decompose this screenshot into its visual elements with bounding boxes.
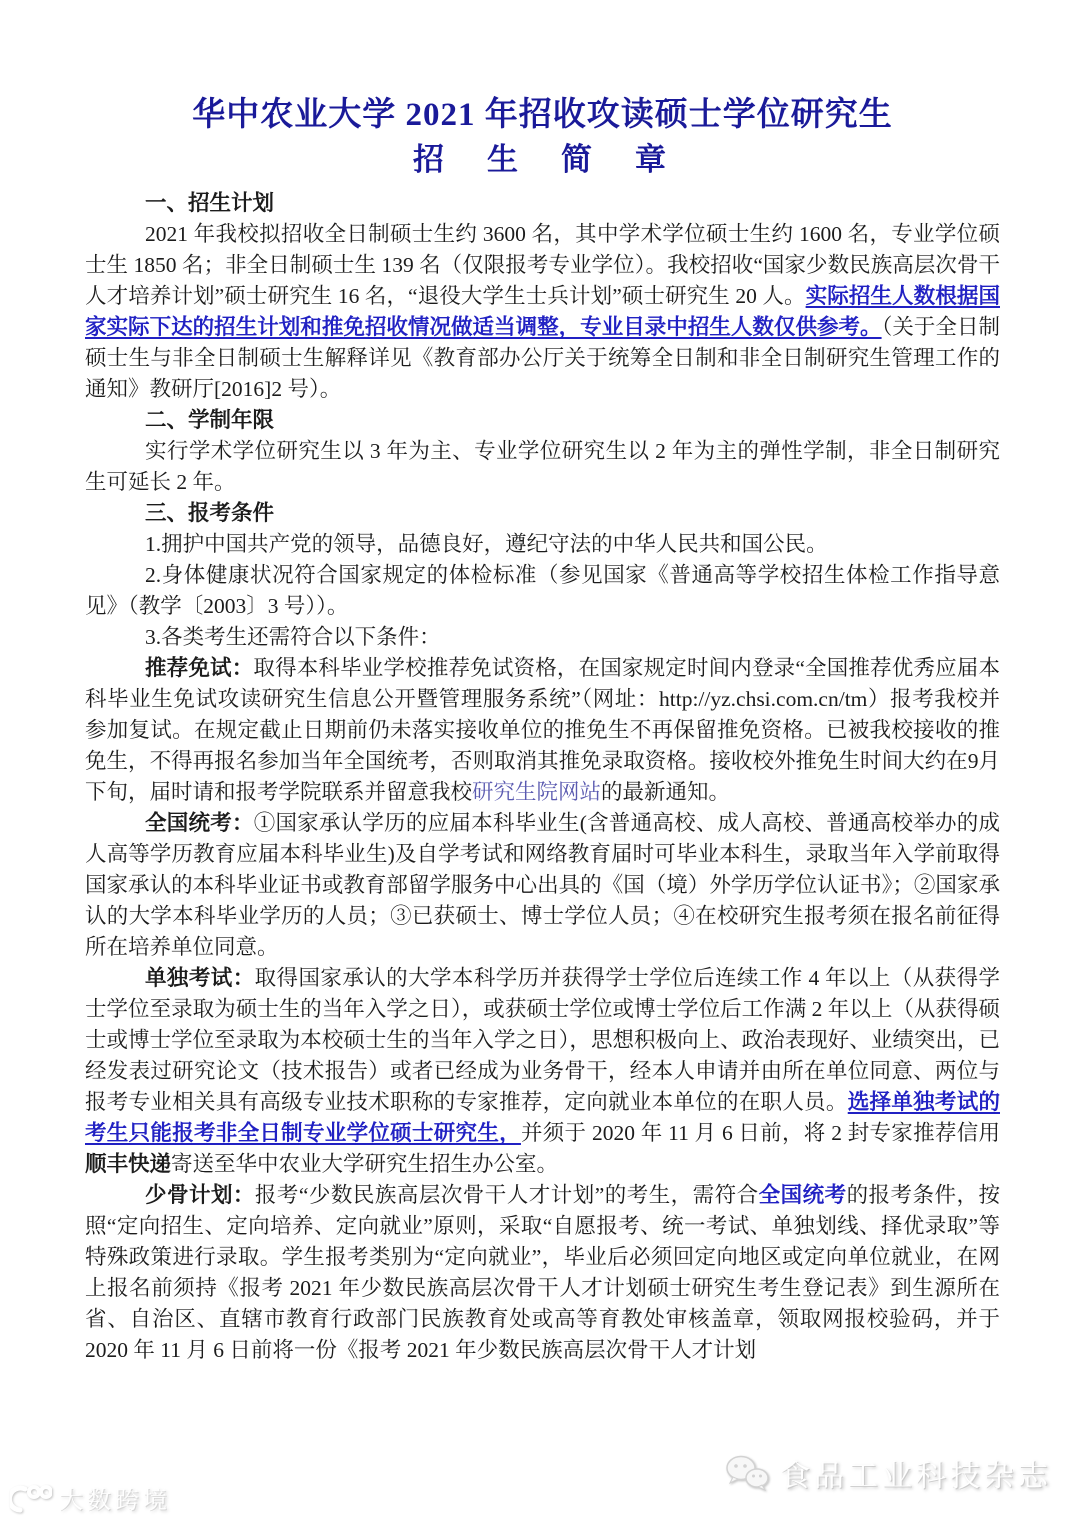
text-segment: 全国统考: [759, 1183, 847, 1207]
graduate-school-website-link[interactable]: 研究生院网站: [472, 780, 601, 804]
text-segment: 少骨计划：: [145, 1183, 255, 1207]
paragraph: 实行学术学位研究生以 3 年为主、专业学位研究生以 2 年为主的弹性学制，非全日…: [85, 436, 1000, 498]
text-segment: 2.身体健康状况符合国家规定的体检标准（参见国家《普通高等学校招生体检工作指导意…: [85, 563, 1000, 618]
text-segment: 寄送至华中农业大学研究生招生办公室。: [171, 1152, 558, 1176]
paragraph: 1.拥护中国共产党的领导，品德良好，遵纪守法的中华人民共和国公民。: [85, 529, 1000, 560]
text-segment: 的最新通知。: [601, 780, 730, 804]
text-segment: 实行学术学位研究生以 3 年为主、专业学位研究生以 2 年为主的弹性学制，非全日…: [85, 439, 1000, 494]
paragraph: 全国统考：①国家承认学历的应届本科毕业生(含普通高校、成人高校、普通高校举办的成…: [85, 808, 1000, 963]
text-segment: 顺丰快递: [85, 1152, 171, 1176]
section-heading: 三、报考条件: [85, 498, 1000, 529]
left-watermark: 大数跨境: [10, 1480, 171, 1515]
document-body: 一、招生计划2021 年我校拟招收全日制硕士生约 3600 名，其中学术学位硕士…: [85, 188, 1000, 1366]
paragraph: 2.身体健康状况符合国家规定的体检标准（参见国家《普通高等学校招生体检工作指导意…: [85, 560, 1000, 622]
text-segment: 1.拥护中国共产党的领导，品德良好，遵纪守法的中华人民共和国公民。: [145, 532, 828, 556]
text-segment: 3.各类考生还需符合以下条件：: [145, 625, 441, 649]
paragraph: 3.各类考生还需符合以下条件：: [85, 622, 1000, 653]
paragraph: 2021 年我校拟招收全日制硕士生约 3600 名，其中学术学位硕士生约 160…: [85, 219, 1000, 405]
dashu-logo-icon: [10, 1482, 52, 1514]
paragraph: 推荐免试：取得本科毕业学校推荐免试资格，在国家规定时间内登录“全国推荐优秀应届本…: [85, 653, 1000, 808]
text-segment: 全国统考：: [145, 811, 254, 835]
left-watermark-label: 大数跨境: [59, 1480, 171, 1515]
right-watermark: 食品工业科技杂志: [724, 1451, 1052, 1495]
right-watermark-label: 食品工业科技杂志: [780, 1451, 1052, 1495]
text-segment: 推荐免试：: [145, 656, 253, 680]
section-heading: 一、招生计划: [85, 188, 1000, 219]
scanned-admissions-document: 华中农业大学 2021 年招收攻读硕士学位研究生 招 生 简 章 一、招生计划2…: [0, 0, 1080, 1527]
paragraph: 少骨计划：报考“少数民族高层次骨干人才计划”的考生，需符合全国统考的报考条件，按…: [85, 1180, 1000, 1366]
text-segment: 单独考试：: [145, 966, 255, 990]
document-content: 华中农业大学 2021 年招收攻读硕士学位研究生 招 生 简 章 一、招生计划2…: [85, 92, 1000, 1366]
text-segment: 报考“少数民族高层次骨干人才计划”的考生，需符合: [255, 1183, 759, 1207]
text-segment: 的报考条件，按照“定向招生、定向培养、定向就业”原则，采取“自愿报考、统一考试、…: [85, 1183, 1000, 1362]
document-title-line1: 华中农业大学 2021 年招收攻读硕士学位研究生: [85, 92, 1000, 138]
paragraph: 单独考试：取得国家承认的大学本科学历并获得学士学位后连续工作 4 年以上（从获得…: [85, 963, 1000, 1180]
wechat-icon: [724, 1454, 770, 1492]
text-segment: 并须于 2020 年 11 月 6 日前，将 2 封专家推荐信用: [521, 1121, 1000, 1145]
document-title-line2: 招 生 简 章: [85, 138, 1000, 182]
section-heading: 二、学制年限: [85, 405, 1000, 436]
